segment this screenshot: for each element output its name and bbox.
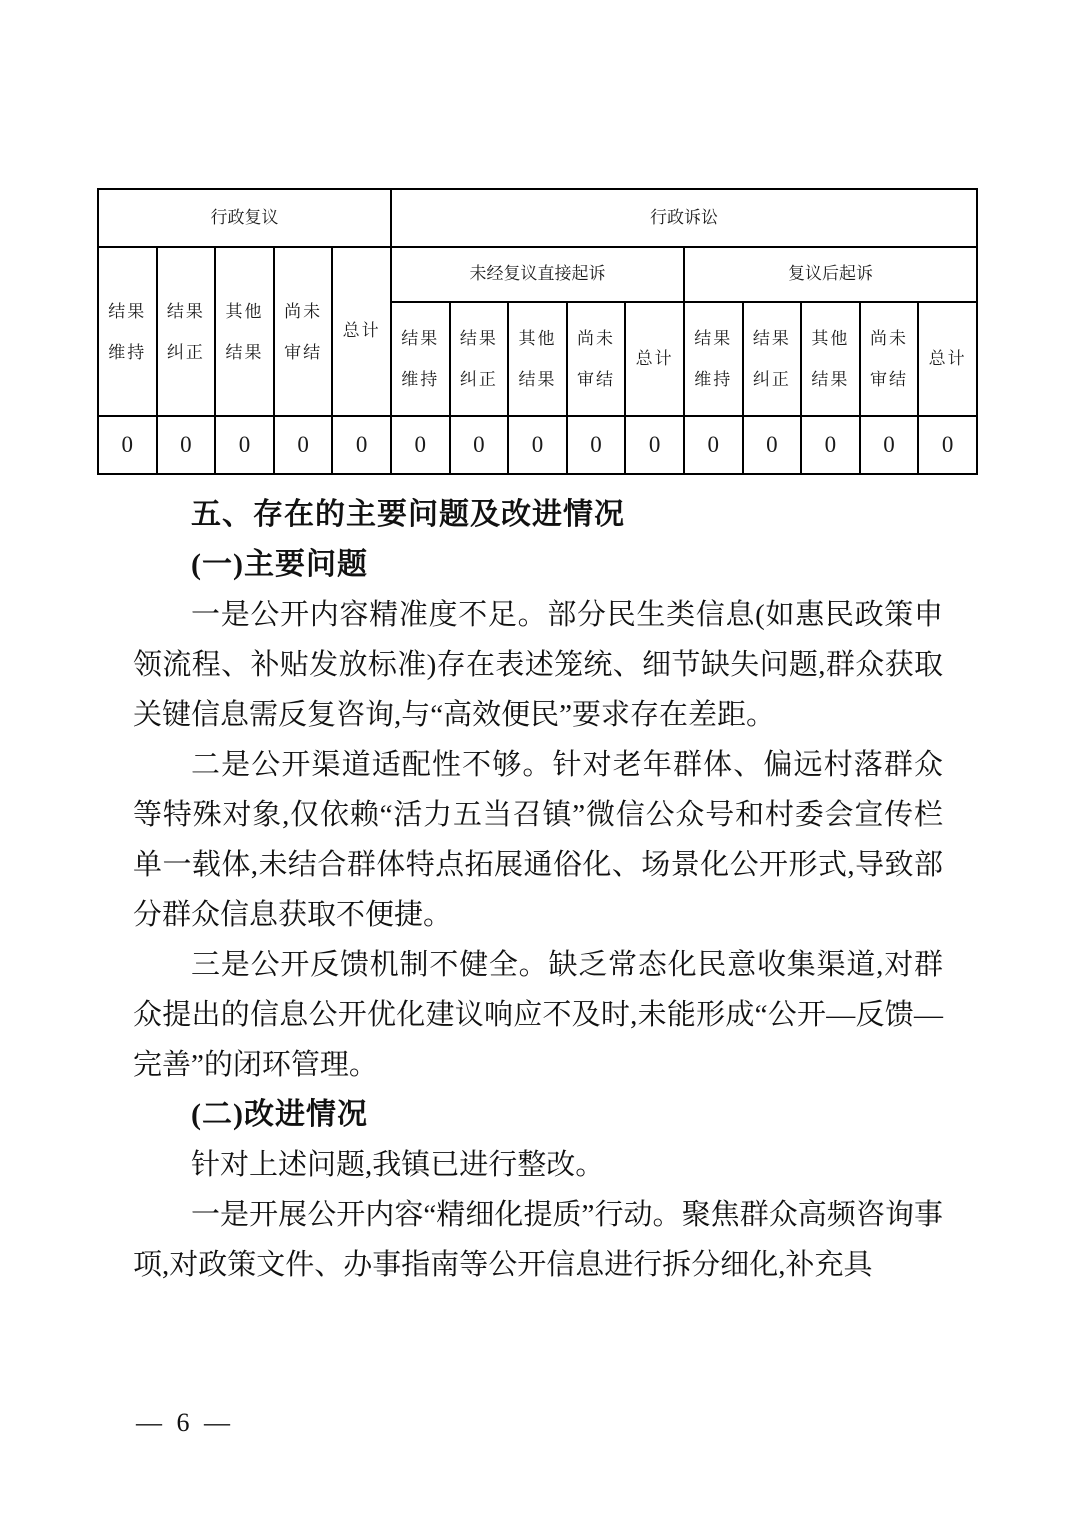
header-line: 结果 (694, 329, 732, 348)
two-line-label: 结果 维持 (392, 329, 449, 389)
header-line: 审结 (284, 343, 322, 362)
header-line: 结果 (401, 329, 439, 348)
header-line: 结果 (225, 343, 263, 362)
table-value-5: 0 (391, 416, 450, 474)
header-line: 结果 (811, 370, 849, 389)
header-line: 维持 (108, 343, 146, 362)
two-line-label: 结果 维持 (99, 302, 156, 362)
table-row-subgroups: 结果 维持 结果 纠正 其他 结果 尚未 审结 (98, 247, 977, 302)
table-header-direct-lawsuit: 未经复议直接起诉 (391, 247, 684, 302)
table-value-10: 0 (684, 416, 743, 474)
header-line: 维持 (694, 370, 732, 389)
table-value-8: 0 (567, 416, 626, 474)
header-line: 尚未 (284, 302, 322, 321)
table-header-other-result-after: 其他 结果 (801, 302, 860, 416)
document-page: 行政复议 行政诉讼 结果 维持 结果 纠正 其他 结果 (0, 0, 1074, 1520)
table-value-0: 0 (98, 416, 157, 474)
two-line-label: 结果 纠正 (451, 329, 508, 389)
header-line: 维持 (401, 370, 439, 389)
table-value-12: 0 (801, 416, 860, 474)
table-header-pending-after: 尚未 审结 (860, 302, 919, 416)
paragraph-problem-1: 一是公开内容精准度不足。部分民生类信息(如惠民政策申领流程、补贴发放标准)存在表… (133, 590, 943, 740)
two-line-label: 其他 结果 (509, 329, 566, 389)
two-line-label: 其他 结果 (216, 302, 273, 362)
table-header-pending-review: 尚未 审结 (274, 247, 333, 416)
table-header-result-upheld-review: 结果 维持 (98, 247, 157, 416)
header-line: 纠正 (460, 370, 498, 389)
table-header-total-after: 总计 (918, 302, 977, 416)
table-header-result-corrected-review: 结果 纠正 (157, 247, 216, 416)
table-row-values: 0 0 0 0 0 0 0 0 0 0 0 0 0 0 0 (98, 416, 977, 474)
two-line-label: 尚未 审结 (861, 329, 918, 389)
header-line: 结果 (108, 302, 146, 321)
header-line: 总计 (929, 349, 967, 368)
subsection-heading-improvements: (二)改进情况 (133, 1090, 943, 1140)
header-line: 结果 (167, 302, 205, 321)
header-line: 审结 (870, 370, 908, 389)
two-line-label: 结果 纠正 (158, 302, 215, 362)
section-heading: 五、存在的主要问题及改进情况 (133, 490, 943, 540)
header-line: 其他 (225, 302, 263, 321)
table-header-other-result-review: 其他 结果 (215, 247, 274, 416)
two-line-label: 尚未 审结 (275, 302, 332, 362)
two-line-label: 结果 维持 (685, 329, 742, 389)
two-line-label: 结果 纠正 (744, 329, 801, 389)
header-line: 纠正 (753, 370, 791, 389)
two-line-label: 其他 结果 (802, 329, 859, 389)
header-line: 审结 (577, 370, 615, 389)
table-value-2: 0 (215, 416, 274, 474)
table-header-administrative-review: 行政复议 (98, 189, 391, 247)
table-header-result-corrected-direct: 结果 纠正 (450, 302, 509, 416)
table-header-result-corrected-after: 结果 纠正 (743, 302, 802, 416)
table-row-groups: 行政复议 行政诉讼 (98, 189, 977, 247)
table-header-result-upheld-after: 结果 维持 (684, 302, 743, 416)
header-line: 结果 (518, 370, 556, 389)
header-line: 其他 (811, 329, 849, 348)
header-line: 尚未 (870, 329, 908, 348)
header-line: 总计 (343, 321, 381, 340)
header-line: 总计 (636, 349, 674, 368)
table-value-3: 0 (274, 416, 333, 474)
table-value-7: 0 (508, 416, 567, 474)
table-header-total-review: 总计 (332, 247, 391, 416)
paragraph-problem-2: 二是公开渠道适配性不够。针对老年群体、偏远村落群众等特殊对象,仅依赖“活力五当召… (133, 740, 943, 940)
paragraph-problem-3: 三是公开反馈机制不健全。缺乏常态化民意收集渠道,对群众提出的信息公开优化建议响应… (133, 940, 943, 1090)
paragraph-improvement-intro: 针对上述问题,我镇已进行整改。 (133, 1140, 943, 1190)
paragraph-improvement-1: 一是开展公开内容“精细化提质”行动。聚焦群众高频咨询事项,对政策文件、办事指南等… (133, 1190, 943, 1290)
table-value-1: 0 (157, 416, 216, 474)
header-line: 尚未 (577, 329, 615, 348)
table-value-11: 0 (743, 416, 802, 474)
table-value-14: 0 (918, 416, 977, 474)
header-line: 结果 (460, 329, 498, 348)
table-value-6: 0 (450, 416, 509, 474)
table-header-result-upheld-direct: 结果 维持 (391, 302, 450, 416)
table-header-administrative-litigation: 行政诉讼 (391, 189, 977, 247)
table-value-13: 0 (860, 416, 919, 474)
document-body: 五、存在的主要问题及改进情况 (一)主要问题 一是公开内容精准度不足。部分民生类… (133, 490, 943, 1290)
header-line: 结果 (753, 329, 791, 348)
table-header-other-result-direct: 其他 结果 (508, 302, 567, 416)
table-header-lawsuit-after-review: 复议后起诉 (684, 247, 977, 302)
subsection-heading-main-problems: (一)主要问题 (133, 540, 943, 590)
page-number: — 6 — (136, 1408, 230, 1438)
statistics-table: 行政复议 行政诉讼 结果 维持 结果 纠正 其他 结果 (97, 188, 978, 475)
table-value-4: 0 (332, 416, 391, 474)
table-value-9: 0 (625, 416, 684, 474)
table-header-total-direct: 总计 (625, 302, 684, 416)
two-line-label: 尚未 审结 (568, 329, 625, 389)
table-header-pending-direct: 尚未 审结 (567, 302, 626, 416)
header-line: 纠正 (167, 343, 205, 362)
header-line: 其他 (518, 329, 556, 348)
